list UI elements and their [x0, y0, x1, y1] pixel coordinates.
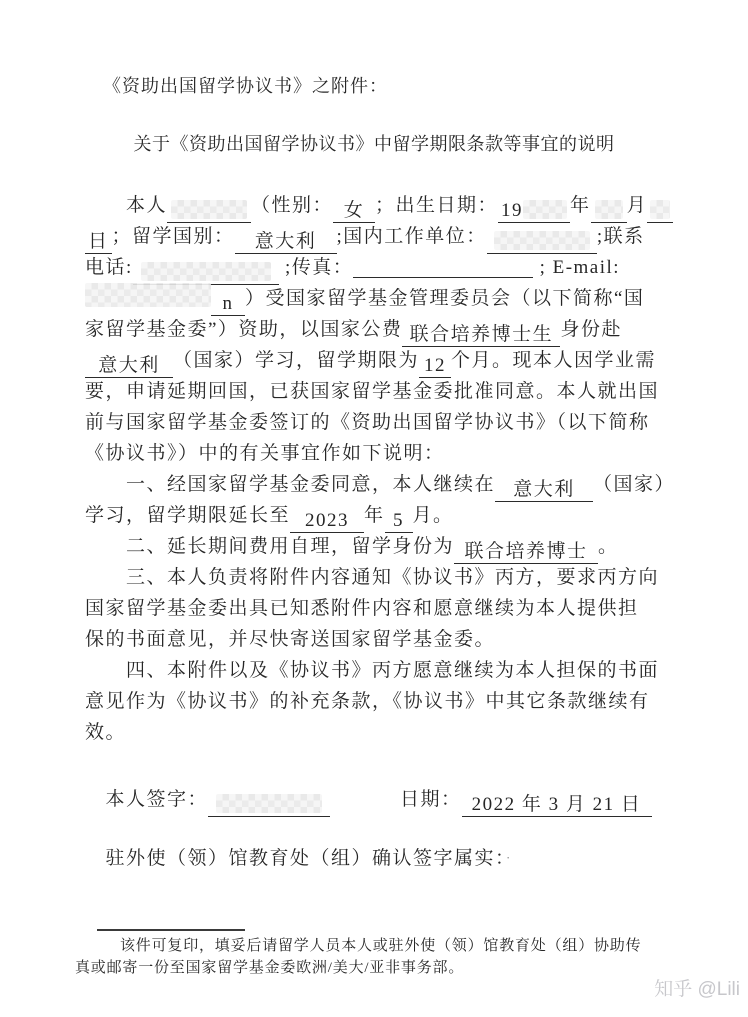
item-3-line-3: 保的书面意见，并尽快寄送国家留学基金委。: [85, 624, 675, 655]
footnote: 该件可复印，填妥后请留学人员本人或驻外使（领）馆教育处（组）协助传 真或邮寄一份…: [75, 929, 675, 979]
document-title: 关于《资助出国留学协议书》中留学期限条款等事宜的说明: [0, 130, 748, 156]
document-body: 本人（性别：女；出生日期：19年月日；留学国别：意大利;国内工作单位：;联系电话…: [85, 190, 675, 873]
text-run: 日期：: [400, 789, 462, 810]
redaction-block: [85, 283, 211, 307]
text-run: 月: [627, 195, 648, 216]
form-field-underline: 意大利: [495, 478, 593, 502]
text-run: 保的书面意见，并尽快寄送国家留学基金委。: [85, 629, 495, 650]
text-run: 二、延长期间费用自理，留学身份为: [85, 536, 454, 557]
text-run: 2023: [305, 510, 349, 531]
item-1-line-2: 学习，留学期限延长至2023年5月。: [85, 500, 675, 531]
form-field-underline: [133, 261, 279, 285]
text-run: 意大利: [255, 231, 317, 252]
blank-underline: [353, 253, 533, 278]
para-1-line-4: n ）受国家留学基金管理委员会（以下简称“国: [85, 283, 675, 314]
form-field-underline: 19: [498, 199, 570, 223]
para-1-line-1: 本人（性别：女；出生日期：19年月: [85, 190, 675, 221]
text-run: 学习，留学期限延长至: [85, 505, 290, 526]
para-1-line-5: 家留学基金委”）资助，以国家公费联合培养博士生身份赴: [85, 314, 675, 345]
redaction-block: [171, 200, 247, 219]
form-field-underline: 12: [419, 354, 451, 378]
redaction-block: [141, 262, 271, 281]
form-field-underline: 意大利: [235, 230, 337, 254]
form-field-underline: 意大利: [85, 354, 173, 378]
form-field-underline: 女: [333, 199, 375, 223]
text-run: ）受国家留学基金管理委员会（以下简称“国: [245, 288, 644, 309]
attachment-label: 《资助出国留学协议书》之附件：: [103, 72, 388, 98]
text-run: 家留学基金委”）资助，以国家公费: [85, 319, 402, 340]
text-run: 19: [501, 200, 523, 221]
text-run: 四、本附件以及《协议书》丙方愿意继续为本人担保的书面: [85, 660, 659, 681]
text-run: 要，申请延期回国，已获国家留学基金委批准同意。本人就出国: [85, 381, 659, 402]
text-run: 身份赴: [560, 319, 622, 340]
form-field-underline: 5: [385, 509, 413, 533]
form-field-underline: 日: [85, 230, 112, 254]
signature-line: 本人签字：日期：2022 年 3 月 21 日: [85, 784, 675, 815]
text-run: ·: [506, 850, 512, 865]
para-1-line-9: 《协议书》）中的有关事宜作如下说明：: [85, 438, 675, 469]
text-run: 联合培养博士生: [410, 324, 554, 345]
text-run: 意大利: [98, 355, 160, 376]
para-1-line-6: 意大利（国家）学习，留学期限为12个月。现本人因学业需: [85, 345, 675, 376]
text-run: ;国内工作单位：: [337, 226, 487, 247]
text-run: 日: [88, 231, 109, 252]
form-field-underline: [167, 199, 251, 223]
para-1-line-3: 电话: ;传真： ; E-mail:: [85, 252, 675, 283]
confirmation-line: 驻外使（领）馆教育处（组）确认签字属实：·: [85, 842, 675, 873]
text-run: ; E-mail:: [533, 257, 620, 278]
text-run: 本人: [85, 195, 167, 216]
form-field-underline: [647, 199, 673, 223]
form-field-underline: 2023: [290, 509, 364, 533]
text-run: 本人签字：: [85, 789, 208, 810]
text-run: 12: [424, 355, 446, 376]
item-2-line: 二、延长期间费用自理，留学身份为联合培养博士。: [85, 531, 675, 562]
form-field-underline: n: [211, 292, 245, 316]
form-field-underline: 联合培养博士生: [402, 323, 560, 347]
item-3-line-1: 三、本人负责将附件内容通知《协议书》丙方，要求丙方向: [85, 562, 675, 593]
text-run: 意见作为《协议书》的补充条款，《协议书》中其它条款继续有: [85, 691, 650, 712]
footnote-line-1: 该件可复印，填妥后请留学人员本人或驻外使（领）馆教育处（组）协助传: [75, 935, 675, 957]
text-run: 效。: [85, 722, 126, 743]
form-field-underline: [208, 793, 330, 817]
para-1-line-2: 日；留学国别：意大利;国内工作单位：;联系: [85, 221, 675, 252]
para-1-line-7: 要，申请延期回国，已获国家留学基金委批准同意。本人就出国: [85, 376, 675, 407]
text-run: 个月。现本人因学业需: [451, 350, 656, 371]
text-run: 女: [344, 200, 365, 221]
text-run: 前与国家留学基金委签订的《资助出国留学协议书》（以下简称: [85, 412, 650, 433]
text-run: 电话:: [85, 257, 133, 278]
text-run: 三、本人负责将附件内容通知《协议书》丙方，要求丙方向: [85, 567, 659, 588]
redaction-block: [650, 200, 670, 219]
redaction-block: [494, 231, 590, 250]
text-run: 联合培养博士: [465, 541, 588, 562]
text-run: ；出生日期：: [375, 195, 498, 216]
item-3-line-2: 国家留学基金委出具已知悉附件内容和愿意继续为本人提供担: [85, 593, 675, 624]
text-run: 。: [598, 536, 619, 557]
text-run: ;联系: [597, 226, 645, 247]
form-field-underline: [591, 199, 627, 223]
text-run: 意大利: [513, 479, 575, 500]
text-run: 月。: [413, 505, 454, 526]
document-page: 《资助出国留学协议书》之附件： 关于《资助出国留学协议书》中留学期限条款等事宜的…: [0, 0, 748, 1017]
text-run: 2022 年 3 月 21 日: [472, 794, 642, 815]
text-run: （性别：: [251, 195, 333, 216]
footnote-separator: [97, 929, 245, 931]
item-1-line-1: 一、经国家留学基金委同意，本人继续在意大利（国家）: [85, 469, 675, 500]
text-run: 一、经国家留学基金委同意，本人继续在: [85, 474, 495, 495]
text-run: 年: [364, 505, 385, 526]
text-run: （国家）: [593, 474, 675, 495]
item-4-line-1: 四、本附件以及《协议书》丙方愿意继续为本人担保的书面: [85, 655, 675, 686]
para-1-line-8: 前与国家留学基金委签订的《资助出国留学协议书》（以下简称: [85, 407, 675, 438]
form-field-underline: 联合培养博士: [454, 540, 598, 564]
redaction-block: [595, 200, 623, 219]
footnote-line-2: 真或邮寄一份至国家留学基金委欧洲/美大/亚非事务部。: [75, 957, 675, 979]
text-run: 《协议书》）中的有关事宜作如下说明：: [85, 443, 445, 464]
text-run: ;传真：: [279, 257, 354, 278]
redaction-block: [523, 200, 567, 219]
text-run: ；留学国别：: [112, 226, 235, 247]
redaction-block: [216, 794, 322, 813]
form-field-underline: [487, 230, 597, 254]
text-run: 驻外使（领）馆教育处（组）确认签字属实：: [85, 848, 506, 869]
watermark-zhihu: 知乎 @Lili: [654, 974, 740, 1001]
text-run: n: [223, 293, 234, 314]
text-run: 国家留学基金委出具已知悉附件内容和愿意继续为本人提供担: [85, 598, 639, 619]
form-field-underline: 2022 年 3 月 21 日: [462, 793, 652, 817]
item-4-line-3: 效。: [85, 717, 675, 748]
text-run: 5: [393, 510, 404, 531]
text-run: （国家）学习，留学期限为: [173, 350, 419, 371]
text-run: 年: [570, 195, 591, 216]
item-4-line-2: 意见作为《协议书》的补充条款，《协议书》中其它条款继续有: [85, 686, 675, 717]
